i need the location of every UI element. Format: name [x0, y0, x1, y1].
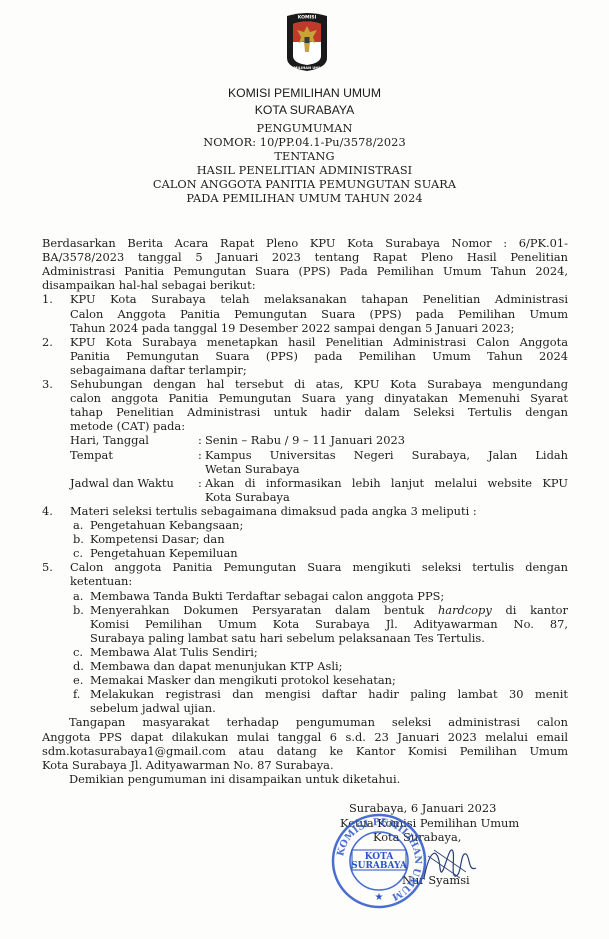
doc-number: NOMOR: 10/PP.04.1-Pu/3578/2023	[0, 136, 609, 149]
kpu-garuda-emblem-icon: KOMISI PEMILIHAN UMUM	[283, 10, 331, 72]
response-line: Anggota PPS dapat dilakukan mulai tangga…	[42, 730, 568, 744]
list-item-line: metode (CAT) pada:	[70, 419, 568, 433]
list-number: 1.	[42, 292, 53, 306]
sub-item-letter: a.	[73, 518, 83, 532]
sub-item-letter: b.	[73, 532, 84, 546]
official-stamp-icon: KOMISI PEMILIHAN UMUM KOTA SURABAYA ★	[330, 812, 428, 910]
list-item-line: KPU Kota Surabaya telah melaksanakan tah…	[70, 292, 568, 306]
sub-item-letter: c.	[73, 546, 83, 560]
schedule-value: Kampus Universitas Negeri Surabaya, Jala…	[205, 448, 568, 462]
sub-item-line: Membawa Tanda Bukti Terdaftar sebagai ca…	[90, 589, 568, 603]
list-item-line: calon anggota Panitia Pemungutan Suara y…	[70, 391, 568, 405]
svg-text:★: ★	[375, 892, 384, 903]
schedule-value: Senin – Rabu / 9 – 11 Januari 2023	[205, 433, 568, 447]
schedule-value: Kota Surabaya	[205, 490, 568, 504]
doc-type: PENGUMUMAN	[0, 122, 609, 135]
doc-about: TENTANG	[0, 150, 609, 163]
list-item-line: Sehubungan dengan hal tersebut di atas, …	[70, 377, 568, 391]
list-number: 5.	[42, 560, 53, 574]
list-item-line: Panitia Pemungutan Suara (PPS) pada Pemi…	[70, 349, 568, 363]
sub-item-line: Menyerahkan Dokumen Persyaratan dalam be…	[90, 603, 568, 617]
sub-item-letter: a.	[73, 589, 83, 603]
schedule-label: Tempat	[70, 448, 113, 462]
sub-item-line: Komisi Pemilihan Umum Kota Surabaya Jl. …	[90, 617, 568, 631]
response-line: Kota Surabaya Jl. Adityawarman No. 87 Su…	[42, 758, 568, 772]
list-item-line: Calon anggota Panitia Pemungutan Suara m…	[70, 560, 568, 574]
sub-item-letter: b.	[73, 603, 84, 617]
sub-item-line: Membawa dan dapat menunjukan KTP Asli;	[90, 659, 568, 673]
sub-item-line: Pengetahuan Kepemiluan	[90, 546, 568, 560]
response-line: sdm.kotasurabaya1@gmail.com atau datang …	[42, 744, 568, 758]
doc-title-line3: PADA PEMILIHAN UMUM TAHUN 2024	[0, 192, 609, 205]
list-item-line: Calon Anggota Panitia Pemungutan Suara (…	[70, 307, 568, 321]
sub-item-letter: d.	[73, 659, 84, 673]
sub-item-line: Memakai Masker dan mengikuti protokol ke…	[90, 673, 568, 687]
intro-line: BA/3578/2023 tanggal 5 Januari 2023 tent…	[42, 250, 568, 264]
sub-item-line: Pengetahuan Kebangsaan;	[90, 518, 568, 532]
org-name-line2: KOTA SURABAYA	[0, 103, 609, 117]
list-item-line: Materi seleksi tertulis sebagaimana dima…	[70, 504, 568, 518]
schedule-value: Wetan Surabaya	[205, 462, 568, 476]
intro-line: Berdasarkan Berita Acara Rapat Pleno KPU…	[42, 236, 568, 250]
schedule-colon: :	[198, 433, 202, 447]
svg-text:SURABAYA: SURABAYA	[351, 861, 408, 871]
closing-line: Demikian pengumuman ini disampaikan untu…	[69, 772, 400, 786]
list-item-line: sebagaimana daftar terlampir;	[70, 363, 568, 377]
schedule-colon: :	[198, 476, 202, 490]
org-name-line1: KOMISI PEMILIHAN UMUM	[0, 86, 609, 100]
svg-text:KOMISI: KOMISI	[298, 15, 317, 21]
sub-item-line: Membawa Alat Tulis Sendiri;	[90, 645, 568, 659]
announcement-page: KOMISI PEMILIHAN UMUM KOMISI PEMILIHAN U…	[0, 0, 609, 939]
list-item-line: tahap Penelitian Administrasi untuk hadi…	[70, 405, 568, 419]
list-item-line: Tahun 2024 pada tanggal 19 Desember 2022…	[70, 321, 568, 335]
list-number: 2.	[42, 335, 53, 349]
sub-item-letter: c.	[73, 645, 83, 659]
signature-scribble-icon	[420, 838, 480, 888]
sub-item-line: sebelum jadwal ujian.	[90, 701, 568, 715]
schedule-label: Hari, Tanggal	[70, 433, 149, 447]
svg-text:PEMILIHAN UMUM: PEMILIHAN UMUM	[289, 66, 326, 70]
schedule-value: Akan di informasikan lebih lanjut melalu…	[205, 476, 568, 490]
sub-item-letter: f.	[73, 687, 80, 701]
intro-line: disampaikan hal-hal sebagai berikut:	[42, 278, 568, 292]
response-line: Tangapan masyarakat terhadap pengumuman …	[69, 715, 568, 729]
sub-item-line: Melakukan registrasi dan mengisi daftar …	[90, 687, 568, 701]
intro-line: Administrasi Panitia Pemungutan Suara (P…	[42, 264, 568, 278]
list-item-line: ketentuan:	[70, 574, 568, 588]
list-item-line: KPU Kota Surabaya menetapkan hasil Penel…	[70, 335, 568, 349]
schedule-colon: :	[198, 448, 202, 462]
sub-item-letter: e.	[73, 673, 83, 687]
list-number: 4.	[42, 504, 53, 518]
doc-title-line1: HASIL PENELITIAN ADMINISTRASI	[0, 164, 609, 177]
sub-item-line: Surabaya paling lambat satu hari sebelum…	[90, 631, 568, 645]
sub-item-line: Kompetensi Dasar; dan	[90, 532, 568, 546]
doc-title-line2: CALON ANGGOTA PANITIA PEMUNGUTAN SUARA	[0, 178, 609, 191]
list-number: 3.	[42, 377, 53, 391]
schedule-label: Jadwal dan Waktu	[70, 476, 174, 490]
